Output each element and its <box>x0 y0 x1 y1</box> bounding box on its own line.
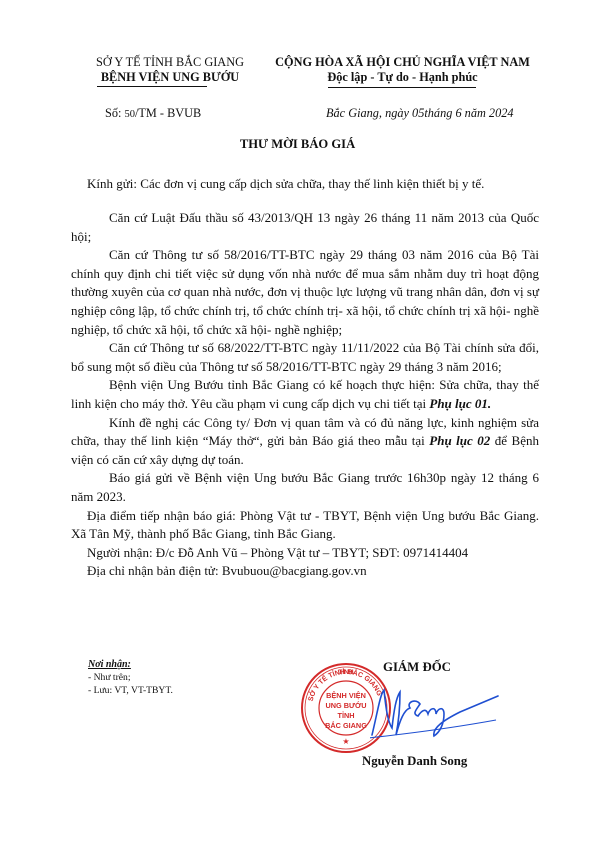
hospital-name: BỆNH VIỆN UNG BƯỚU <box>70 70 270 85</box>
appendix-02-ref: Phụ lục 02 <box>429 433 490 448</box>
recipients-block: Nơi nhận: - Như trên; - Lưu: VT, VT-TBYT… <box>88 658 268 697</box>
motto-underline <box>328 87 476 88</box>
handwritten-signature <box>370 680 500 750</box>
signer-name: Nguyễn Danh Song <box>362 754 467 769</box>
hospital-underline <box>97 86 207 87</box>
nation-header: CỘNG HÒA XÃ HỘI CHỦ NGHĨA VIỆT NAM Độc l… <box>250 55 555 85</box>
document-title: THƯ MỜI BÁO GIÁ <box>0 137 595 152</box>
recipients-heading: Nơi nhận: <box>88 658 268 671</box>
signer-position: GIÁM ĐỐC <box>383 660 451 675</box>
paragraph-request: Kính đề nghị các Công ty/ Đơn vị quan tâ… <box>71 414 539 470</box>
svg-text:★: ★ <box>342 737 349 746</box>
greeting: Kính gửi: Các đơn vị cung cấp dịch sửa c… <box>87 176 484 192</box>
paragraph-contact: Người nhận: Đ/c Đỗ Anh Vũ – Phòng Vật tư… <box>71 544 539 563</box>
paragraph-email: Địa chỉ nhận bản điện tử: Bvubuou@bacgia… <box>71 562 539 581</box>
paragraph-legal-basis-1: Căn cứ Luật Đấu thầu số 43/2013/QH 13 ng… <box>71 209 539 246</box>
svg-text:BỆNH VIỆN: BỆNH VIỆN <box>326 691 366 700</box>
paragraph-location: Địa điểm tiếp nhận báo giá: Phòng Vật tư… <box>71 507 539 544</box>
paragraph-deadline: Báo giá gửi về Bệnh viện Ung bướu Bắc Gi… <box>71 469 539 506</box>
agency-name: SỞ Y TẾ TỈNH BẮC GIANG <box>70 55 270 70</box>
document-body: Căn cứ Luật Đấu thầu số 43/2013/QH 13 ng… <box>71 209 539 581</box>
document-number: Số: 50/TM - BVUB <box>105 106 201 121</box>
nation-name: CỘNG HÒA XÃ HỘI CHỦ NGHĨA VIỆT NAM <box>250 55 555 70</box>
motto: Độc lập - Tự do - Hạnh phúc <box>250 70 555 85</box>
recipient-item: - Như trên; <box>88 671 268 684</box>
doc-no-suffix: /TM - BVUB <box>135 106 201 120</box>
paragraph-legal-basis-3: Căn cứ Thông tư số 68/2022/TT-BTC ngày 1… <box>71 339 539 376</box>
svg-text:UNG BƯỚU: UNG BƯỚU <box>325 701 366 710</box>
appendix-01-ref: Phụ lục 01. <box>429 396 491 411</box>
svg-text:TỈNH: TỈNH <box>337 711 354 720</box>
paragraph-legal-basis-2: Căn cứ Thông tư số 58/2016/TT-BTC ngày 2… <box>71 246 539 339</box>
svg-text:BẮC GIANG: BẮC GIANG <box>325 721 367 730</box>
recipient-item: - Lưu: VT, VT-TBYT. <box>88 684 268 697</box>
svg-text:TỈNH: TỈNH <box>338 667 353 676</box>
doc-no: 50 <box>124 109 135 120</box>
paragraph-plan: Bệnh viện Ung Bướu tỉnh Bắc Giang có kế … <box>71 376 539 413</box>
document-date: Bắc Giang, ngày 05tháng 6 năm 2024 <box>326 106 514 121</box>
doc-no-label: Số: <box>105 106 121 120</box>
agency-header: SỞ Y TẾ TỈNH BẮC GIANG BỆNH VIỆN UNG BƯỚ… <box>70 55 270 85</box>
